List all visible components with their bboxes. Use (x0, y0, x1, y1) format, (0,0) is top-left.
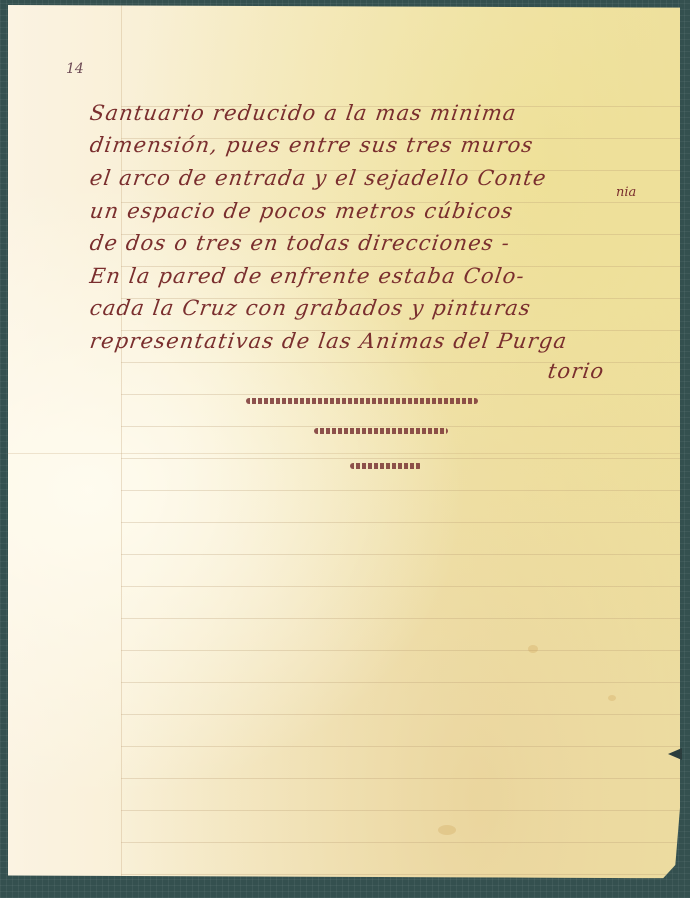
manuscript-line-5: de dos o tres en todas direcciones - (88, 231, 511, 255)
manuscript-page: 14 Santuario reducido a la mas minima di… (8, 5, 680, 887)
fold-crease (8, 453, 680, 454)
manuscript-line-3: el arco de entrada y el sejadello Conte (88, 166, 548, 190)
edge-tear (668, 748, 682, 760)
closing-flourish-2 (314, 428, 448, 434)
manuscript-line-7: cada la Cruz con grabados y pinturas (88, 296, 532, 320)
manuscript-line-2: dimensión, pues entre sus tres muros (88, 133, 535, 157)
interlinear-insert: nia (616, 185, 636, 200)
foxing-stain (608, 695, 616, 701)
ruled-lines (121, 75, 680, 875)
manuscript-line-4: un espacio de pocos metros cúbicos (88, 199, 515, 223)
closing-flourish-3 (350, 463, 422, 469)
manuscript-line-8: representativas de las Animas del Purga (88, 329, 569, 353)
manuscript-line-1: Santuario reducido a la mas minima (88, 101, 518, 125)
manuscript-line-6: En la pared de enfrente estaba Colo- (88, 264, 526, 288)
page-number: 14 (66, 61, 84, 77)
foxing-stain (438, 825, 456, 835)
foxing-stain (528, 645, 538, 653)
closing-flourish-1 (246, 398, 478, 404)
manuscript-line-9: torio (546, 359, 606, 383)
